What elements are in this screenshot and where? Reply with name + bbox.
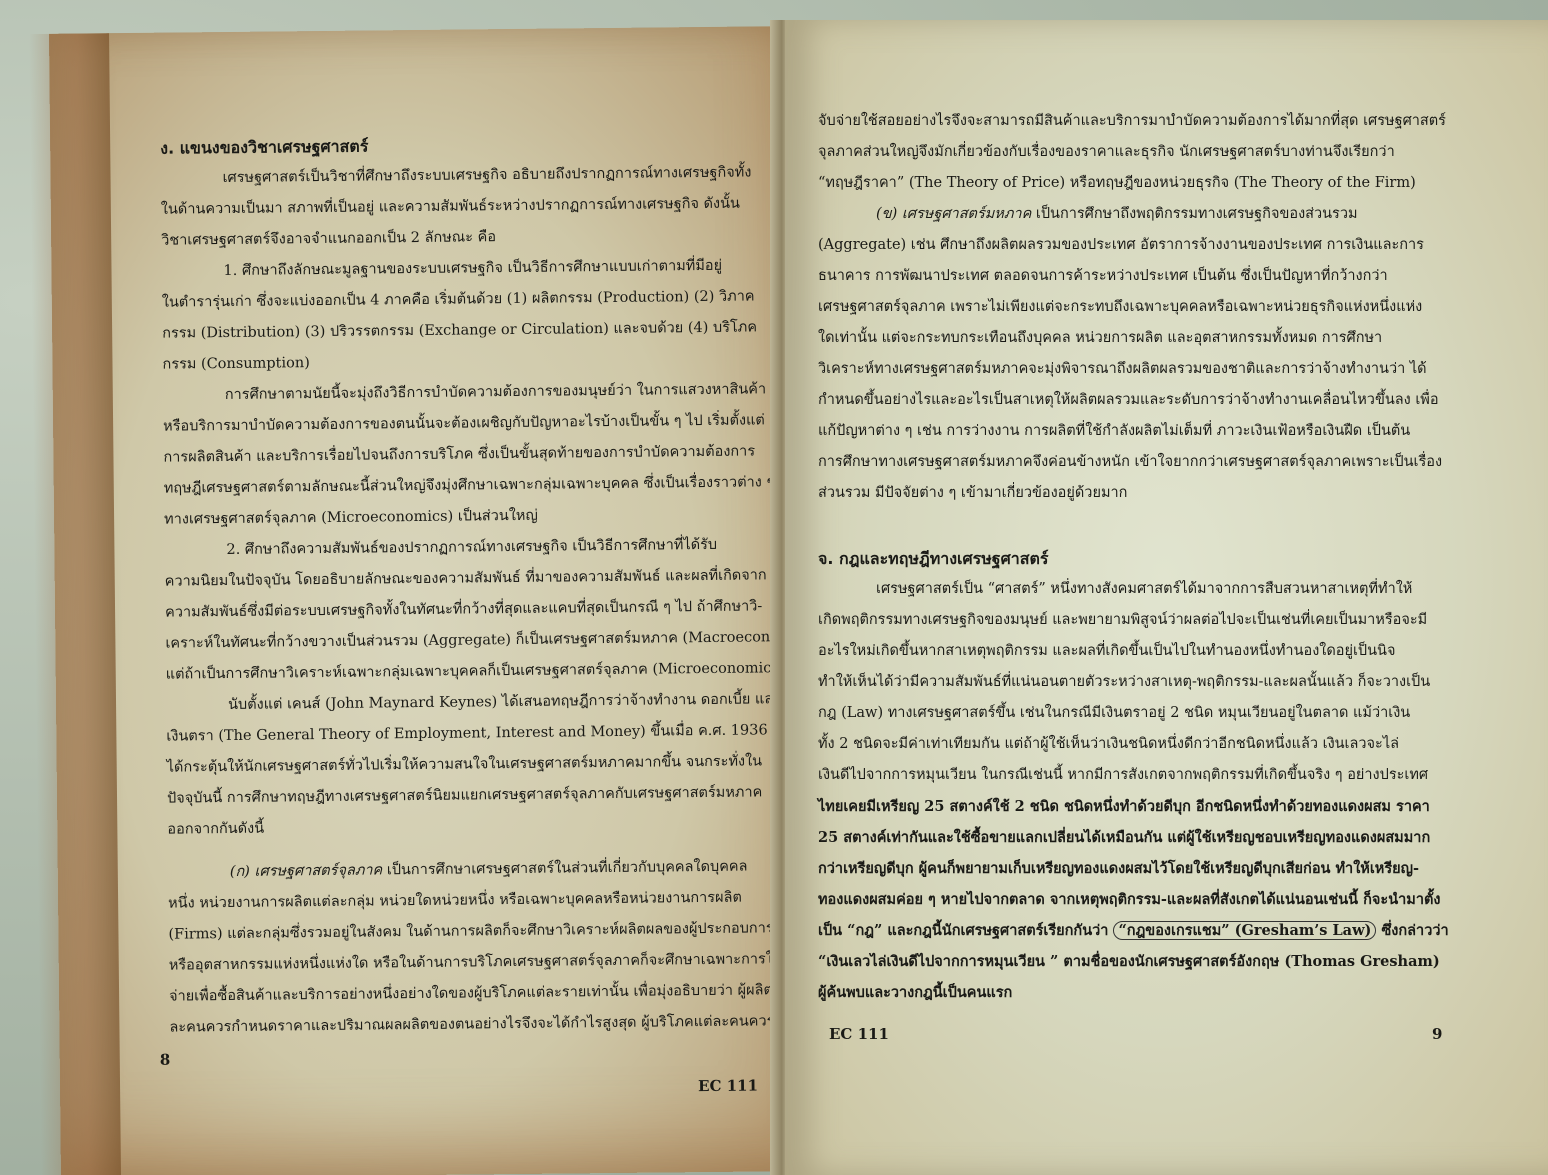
text-line: เกิดพฤติกรรมทางเศรษฐกิจของมนุษย์ และพยาย… (818, 605, 1449, 636)
text-line: เป็น “กฎ” และกฎนี้นักเศรษฐศาสตร์เรียกกัน… (818, 915, 1449, 946)
text-line: “เงินเลวไล่เงินดีไปจากการหมุนเวียน ” ตาม… (818, 946, 1449, 977)
item-label: (ข) (876, 206, 897, 222)
text-line: เศรษฐศาสตร์จุลภาค เพราะไม่เพียงแต่จะกระท… (818, 292, 1449, 323)
term-macroeconomics: เศรษฐศาสตร์มหภาค (902, 206, 1031, 222)
left-page: ง. แขนงของวิชาเศรษฐศาสตร์ เศรษฐศาสตร์เป็… (49, 26, 791, 1175)
page-number: 8 (160, 1051, 171, 1069)
text-line: วิเคราะห์ทางเศรษฐศาสตร์มหภาคจะมุ่งพิจารณ… (818, 354, 1449, 385)
text-line: ธนาคาร การพัฒนาประเทศ ตลอดจนการค้าระหว่า… (818, 261, 1449, 292)
text-line: อะไรใหม่เกิดขึ้นหากสาเหตุพฤติกรรม และผลท… (818, 636, 1449, 667)
text-line: กำหนดขึ้นอย่างไรและอะไรเป็นสาเหตุให้ผลิต… (818, 385, 1449, 416)
right-page-body: จับจ่ายใช้สอยอย่างไรจึงจะสามารถมีสินค้าแ… (818, 106, 1449, 1008)
text-line: (ข) เศรษฐศาสตร์มหภาค เป็นการศึกษาถึงพฤติ… (818, 199, 1449, 230)
item-label: (ก) (230, 864, 250, 880)
page-number: 9 (1432, 1025, 1442, 1043)
text-line: แก้ปัญหาต่าง ๆ เช่น การว่างงาน การผลิตที… (818, 416, 1449, 447)
torn-edge (29, 33, 121, 1175)
course-code: EC 111 (698, 1076, 758, 1095)
section-heading: จ. กฎและทฤษฎีทางเศรษฐศาสตร์ (818, 543, 1449, 574)
text-line: 25 สตางค์เท่ากันและใช้ซื้อขายแลกเปลี่ยนไ… (818, 822, 1449, 853)
text-line: ไทยเคยมีเหรียญ 25 สตางค์ใช้ 2 ชนิด ชนิดห… (818, 791, 1449, 822)
right-page: จับจ่ายใช้สอยอย่างไรจึงจะสามารถมีสินค้าแ… (785, 20, 1548, 1175)
text-line: จุลภาคส่วนใหญ่จึงมักเกี่ยวข้องกับเรื่องข… (818, 137, 1449, 168)
text-span: ซึ่งกล่าวว่า (1376, 922, 1448, 939)
text-line: ผู้ค้นพบและวางกฎนี้เป็นคนแรก (818, 977, 1449, 1008)
text-span: เป็นการศึกษาถึงพฤติกรรมทางเศรษฐกิจของส่ว… (1031, 206, 1357, 222)
text-line: “ทฤษฎีราคา” (The Theory of Price) หรือทฤ… (818, 168, 1449, 199)
text-line: ทั้ง 2 ชนิดจะมีค่าเท่าเทียมกัน แต่ถ้าผู้… (818, 729, 1449, 760)
text-line: ส่วนรวม มีปัจจัยต่าง ๆ เข้ามาเกี่ยวข้องอ… (818, 478, 1449, 509)
term-microeconomics: เศรษฐศาสตร์จุลภาค (254, 862, 382, 879)
text-line: (Aggregate) เช่น ศึกษาถึงผลิตผลรวมของประ… (818, 230, 1449, 261)
text-span: เป็น “กฎ” และกฎนี้นักเศรษฐศาสตร์เรียกกัน… (818, 922, 1113, 939)
text-line: กฎ (Law) ทางเศรษฐศาสตร์ขึ้น เช่นในกรณีมี… (818, 698, 1449, 729)
text-span: เป็นการศึกษาเศรษฐศาสตร์ในส่วนที่เกี่ยวกั… (382, 859, 747, 879)
text-line: ละคนควรกำหนดราคาและปริมาณผลผลิตของตนอย่า… (169, 1006, 836, 1044)
text-line: ทำให้เห็นได้ว่ามีความสัมพันธ์ที่แน่นอนตา… (818, 667, 1449, 698)
course-code: EC 111 (829, 1025, 889, 1043)
text-line: ใดเท่านั้น แต่จะกระทบกระเทือนถึงบุคคล หน… (818, 323, 1449, 354)
text-line: จับจ่ายใช้สอยอย่างไรจึงจะสามารถมีสินค้าแ… (818, 106, 1449, 137)
text-line: เศรษฐศาสตร์เป็น “ศาสตร์” หนึ่งทางสังคมศา… (818, 574, 1449, 605)
text-line: กว่าเหรียญดีบุก ผู้คนก็พยายามเก็บเหรียญท… (818, 853, 1449, 884)
text-line: เงินดีไปจากการหมุนเวียน ในกรณีเช่นนี้ หา… (818, 760, 1449, 791)
text-line: การศึกษาทางเศรษฐศาสตร์มหภาคจึงค่อนข้างหน… (818, 447, 1449, 478)
greshams-law-annotation: “กฎของเกรแชม” (Gresham’s Law) (1113, 921, 1376, 940)
left-page-body: ง. แขนงของวิชาเศรษฐศาสตร์ เศรษฐศาสตร์เป็… (160, 126, 837, 1044)
text-line: ทองแดงผสมค่อย ๆ หายไปจากตลาด จากเหตุพฤติ… (818, 884, 1449, 915)
